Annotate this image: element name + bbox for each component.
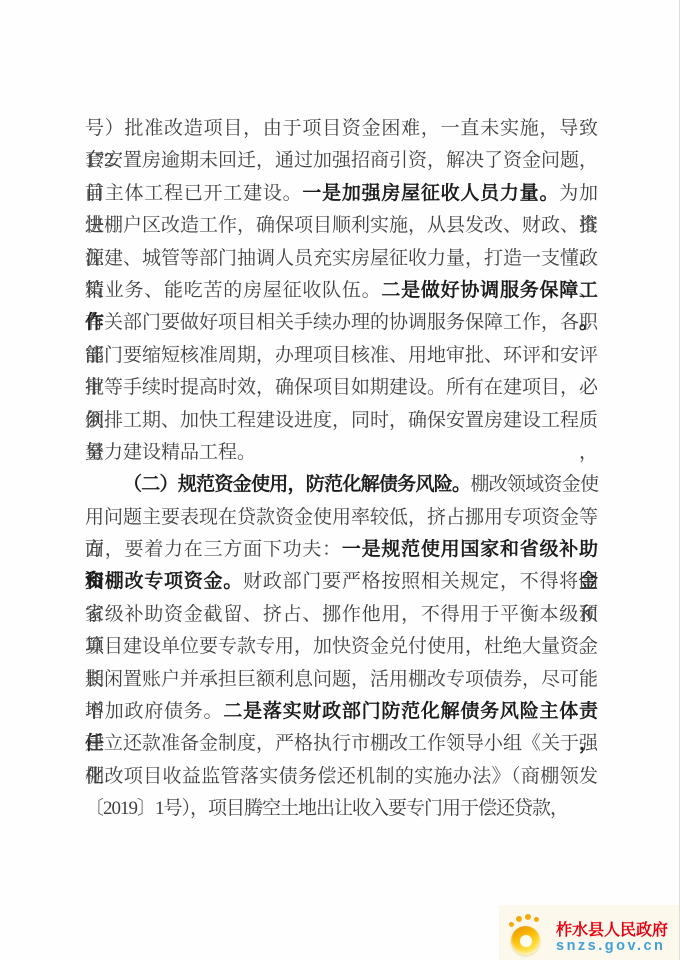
text-line: 批等手续时提高时效，确保项目如期建设。所有在建项目，必须 — [85, 372, 598, 404]
text-line: 用问题主要表现在贷款资金使用率较低，挤占挪用专项资金等方 — [85, 502, 598, 534]
paw-pad-hole — [520, 935, 532, 947]
bold-heading-segment: 一是加强房屋征收人员力量。 — [302, 183, 559, 204]
text-line: （二）规范资金使用，防范化解债务风险。棚改领域资金使 — [85, 469, 598, 501]
text-line: 建立还款准备金制度，严格执行市棚改工作领导小组《关于强化 — [85, 728, 598, 760]
text-segment: 棚改项目收益监管落实债务偿还机制的实施办法》（商棚领发 — [85, 766, 598, 787]
text-segment: 〔2019〕1号），项目腾空土地出让收入要专门用于偿还贷款， — [85, 798, 568, 819]
text-line: 前主体工程已开工建设。一是加强房屋征收人员力量。为加快推 — [85, 178, 598, 210]
paw-toe-dot — [509, 922, 514, 927]
text-segment: 前主体工程已开工建设。 — [85, 183, 302, 204]
document-body: 号）批准改造项目，由于项目资金困难，一直未实施，导致172套安置房逾期未回迁，通… — [85, 113, 598, 826]
text-line: 期闲置账户并承担巨额利息问题，活用棚改专项债券，尽可能不 — [85, 664, 598, 696]
text-line: 〔2019〕1号），项目腾空土地出让收入要专门用于偿还贷款， — [85, 793, 598, 825]
text-line: 进棚户区改造工作，确保项目顺利实施，从县发改、财政、资源、 — [85, 210, 598, 242]
text-line: 有关部门要做好项目相关手续办理的协调服务保障工作，各职能 — [85, 307, 598, 339]
text-line: 项目建设单位要专款专用，加快资金兑付使用，杜绝大量资金长 — [85, 631, 598, 663]
paw-toe-dot — [534, 917, 539, 922]
text-line: 号）批准改造项目，由于项目资金困难，一直未实施，导致172 — [85, 113, 598, 145]
gov-logo-panel: 柞水县人民政府 snzs.gov.cn — [499, 905, 680, 960]
document-page: 号）批准改造项目，由于项目资金困难，一直未实施，导致172套安置房逾期未回迁，通… — [0, 0, 680, 960]
text-segment: 努力建设精品工程。 — [85, 442, 256, 463]
gov-site-url: snzs.gov.cn — [556, 938, 665, 954]
text-line: 增加政府债务。二是落实财政部门防范化解债务风险主体责任， — [85, 696, 598, 728]
text-line: 省级补助资金截留、挤占、挪作他用，不得用于平衡本级预算。 — [85, 599, 598, 631]
paw-toe-dot — [525, 914, 531, 920]
bold-heading-segment: 和棚改专项资金。 — [85, 571, 243, 592]
text-line: 部门要缩短核准周期，办理项目核准、用地审批、环评和安评审 — [85, 340, 598, 372]
text-segment: 棚改领域资金使 — [470, 474, 598, 495]
text-line: 倒排工期、加快工程建设进度，同时，确保安置房建设工程质量， — [85, 405, 598, 437]
text-line: 和棚改专项资金。财政部门要严格按照相关规定，不得将国家和 — [85, 566, 598, 598]
paw-toe-dot — [516, 916, 522, 922]
bold-heading-segment: （二）规范资金使用，防范化解债务风险。 — [123, 474, 470, 495]
text-line: 套安置房逾期未回迁，通过加强招商引资，解决了资金问题，目 — [85, 145, 598, 177]
text-line: 精业务、能吃苦的房屋征收队伍。二是做好协调服务保障工作。 — [85, 275, 598, 307]
text-line: 棚改项目收益监管落实债务偿还机制的实施办法》（商棚领发 — [85, 761, 598, 793]
paw-print-icon — [509, 913, 551, 955]
text-line: 面，要着力在三方面下功夫：一是规范使用国家和省级补助资金 — [85, 534, 598, 566]
text-segment: 面，要着力在三方面下功夫： — [85, 539, 342, 560]
text-line: 住建、城管等部门抽调人员充实房屋征收力量，打造一支懂政策、 — [85, 243, 598, 275]
text-segment: 增加政府债务。 — [85, 701, 223, 722]
gov-site-name: 柞水县人民政府 — [556, 917, 674, 940]
text-segment: 精业务、能吃苦的房屋征收队伍。 — [85, 280, 381, 301]
